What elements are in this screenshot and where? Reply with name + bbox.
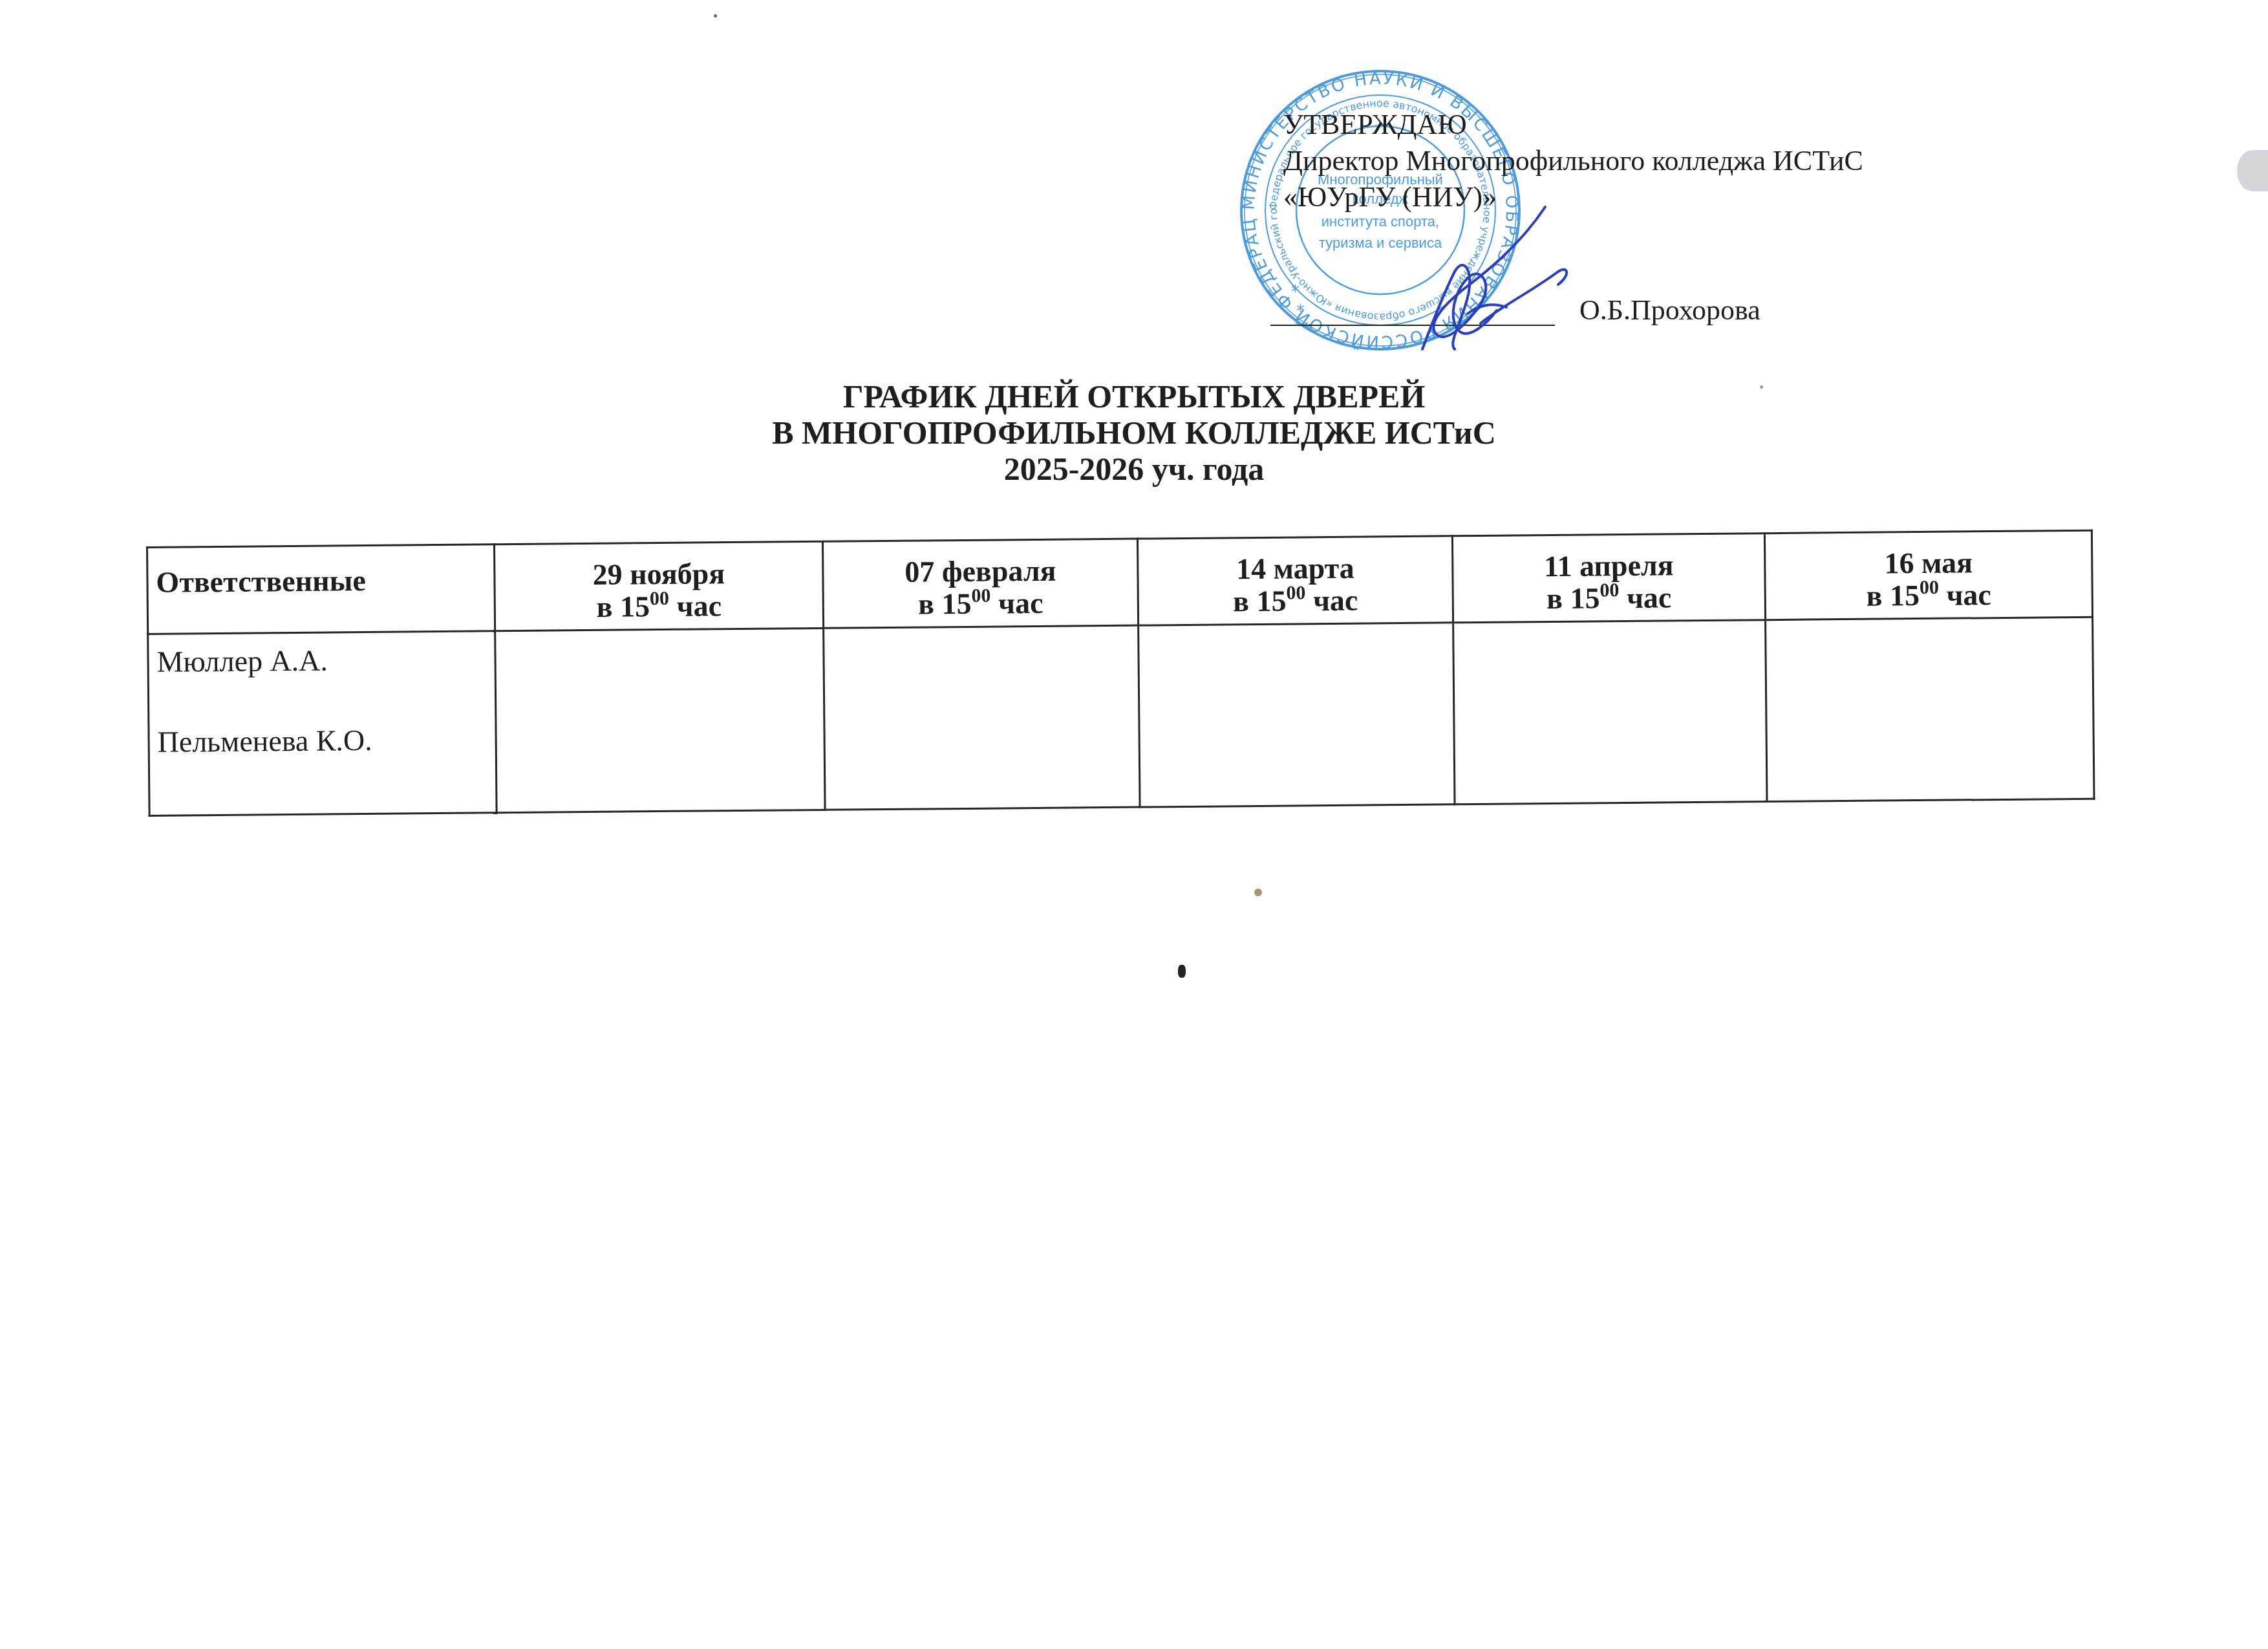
document-title: ГРАФИК ДНЕЙ ОТКРЫТЫХ ДВЕРЕЙ В МНОГОПРОФИ… [0, 378, 2268, 487]
signer-name: О.Б.Прохорова [1579, 291, 1760, 330]
table-header-row: Ответственные 29 ноября в 1500 час 07 фе… [147, 530, 2093, 634]
column-header-date: 16 мая в 1500 час [1764, 530, 2092, 620]
date-label: 14 марта [1139, 551, 1451, 586]
responsible-cell: Мюллер А.А. Пельменева К.О. [148, 631, 497, 816]
date-label: 16 мая [1766, 546, 2091, 581]
column-header-date: 29 ноября в 1500 час [494, 541, 823, 630]
time-label: в 1500 час [824, 587, 1137, 621]
column-header-date: 14 марта в 1500 час [1137, 536, 1453, 625]
time-label: в 1500 час [1139, 583, 1452, 618]
schedule-cell [1453, 620, 1767, 804]
scan-artifact [2237, 150, 2268, 191]
schedule-cell [1766, 617, 2094, 801]
approval-position: Директор Многопрофильного колледжа ИСТиС [1283, 143, 1995, 179]
time-label: в 1500 час [1454, 581, 1764, 616]
table-row: Мюллер А.А. Пельменева К.О. [148, 617, 2094, 815]
title-line-1: ГРАФИК ДНЕЙ ОТКРЫТЫХ ДВЕРЕЙ [0, 378, 2268, 415]
responsible-person: Пельменева К.О. [157, 722, 495, 759]
open-days-schedule-table: Ответственные 29 ноября в 1500 час 07 фе… [146, 530, 2095, 817]
column-header-date: 07 февраля в 1500 час [822, 539, 1138, 628]
schedule-cell [495, 628, 825, 812]
schedule-cell [824, 625, 1140, 810]
date-label: 07 февраля [824, 554, 1137, 589]
approval-heading: УТВЕРЖДАЮ [1283, 107, 1995, 143]
scan-speck [1254, 889, 1262, 896]
title-line-3: 2025-2026 уч. года [0, 451, 2268, 487]
time-label: в 1500 час [496, 589, 822, 624]
date-label: 11 апреля [1453, 548, 1764, 583]
column-header-date: 11 апреля в 1500 час [1452, 533, 1765, 623]
title-line-2: В МНОГОПРОФИЛЬНОМ КОЛЛЕДЖЕ ИСТиС [0, 415, 2268, 451]
time-label: в 1500 час [1766, 578, 2091, 613]
schedule-cell [1139, 623, 1455, 807]
column-header-responsible: Ответственные [147, 544, 495, 634]
date-label: 29 ноября [495, 557, 822, 592]
director-signature [1384, 194, 1578, 356]
scan-speck [1178, 965, 1186, 978]
scan-speck [714, 14, 717, 17]
responsible-person: Мюллер А.А. [156, 642, 494, 679]
